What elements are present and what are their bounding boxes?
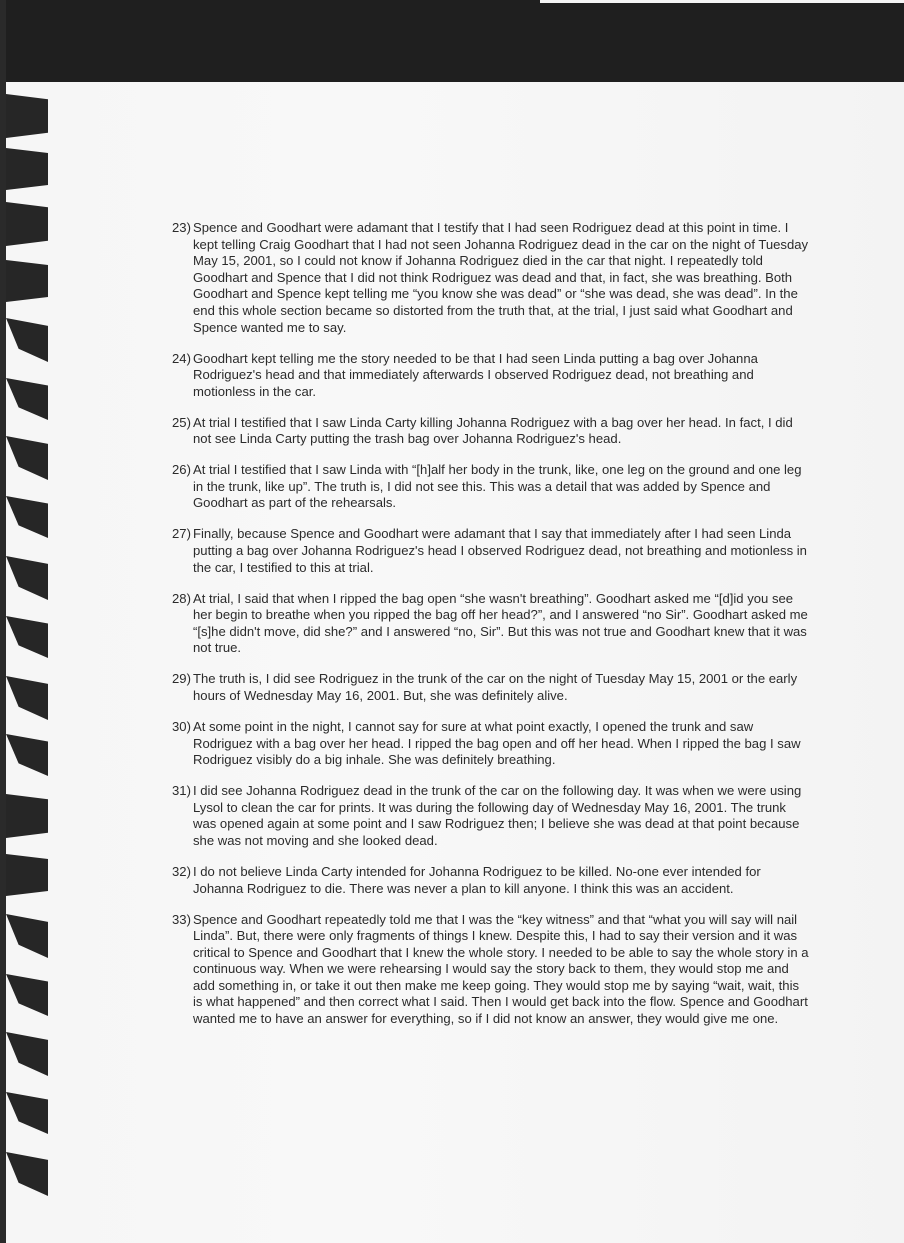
paragraph-text: I do not believe Linda Carty intended fo… (193, 864, 761, 896)
paragraph-text: At trial, I said that when I ripped the … (193, 591, 808, 656)
numbered-paragraph: 31)I did see Johanna Rodriguez dead in t… (172, 783, 812, 849)
paragraph-text: I did see Johanna Rodriguez dead in the … (193, 783, 801, 848)
document-body: 23)Spence and Goodhart were adamant that… (172, 220, 812, 1042)
numbered-paragraph: 32)I do not believe Linda Carty intended… (172, 864, 812, 897)
binding-hole (6, 94, 48, 138)
paragraph-text: Finally, because Spence and Goodhart wer… (193, 526, 807, 574)
numbered-paragraph: 30)At some point in the night, I cannot … (172, 719, 812, 769)
binding-hole (6, 616, 48, 658)
numbered-paragraph: 26)At trial I testified that I saw Linda… (172, 462, 812, 512)
paragraph-number: 27) (172, 526, 191, 543)
paragraph-text: At trial I testified that I saw Linda wi… (193, 462, 802, 510)
paragraph-text: Goodhart kept telling me the story neede… (193, 351, 758, 399)
scanner-edge (540, 0, 904, 3)
paragraph-text: At trial I testified that I saw Linda Ca… (193, 415, 793, 447)
binding-holes (0, 82, 60, 1243)
paragraph-number: 23) (172, 220, 191, 237)
binding-hole (6, 556, 48, 600)
numbered-paragraph: 28)At trial, I said that when I ripped t… (172, 591, 812, 657)
binding-hole (6, 794, 48, 838)
paragraph-number: 32) (172, 864, 191, 881)
paragraph-number: 28) (172, 591, 191, 608)
numbered-paragraph: 33)Spence and Goodhart repeatedly told m… (172, 912, 812, 1028)
binding-hole (6, 914, 48, 958)
binding-hole (6, 854, 48, 896)
binding-hole (6, 148, 48, 190)
paragraph-number: 31) (172, 783, 191, 800)
scanner-shadow-band (0, 0, 904, 84)
binding-hole (6, 202, 48, 246)
paragraph-number: 25) (172, 415, 191, 432)
paragraph-text: The truth is, I did see Rodriguez in the… (193, 671, 797, 703)
numbered-paragraph: 27)Finally, because Spence and Goodhart … (172, 526, 812, 576)
paragraph-text: Spence and Goodhart repeatedly told me t… (193, 912, 809, 1027)
paragraph-number: 29) (172, 671, 191, 688)
binding-hole (6, 378, 48, 420)
binding-hole (6, 436, 48, 480)
paragraph-text: Spence and Goodhart were adamant that I … (193, 220, 808, 335)
numbered-paragraph: 23)Spence and Goodhart were adamant that… (172, 220, 812, 336)
binding-hole (6, 318, 48, 362)
binding-hole (6, 974, 48, 1016)
paragraph-text: At some point in the night, I cannot say… (193, 719, 801, 767)
numbered-paragraph: 29)The truth is, I did see Rodriguez in … (172, 671, 812, 704)
paragraph-number: 30) (172, 719, 191, 736)
binding-hole (6, 734, 48, 776)
paragraph-number: 33) (172, 912, 191, 929)
binding-hole (6, 496, 48, 538)
binding-hole (6, 1032, 48, 1076)
paragraph-number: 26) (172, 462, 191, 479)
numbered-paragraph: 24)Goodhart kept telling me the story ne… (172, 351, 812, 401)
paragraph-number: 24) (172, 351, 191, 368)
binding-hole (6, 676, 48, 720)
numbered-paragraph: 25)At trial I testified that I saw Linda… (172, 415, 812, 448)
binding-hole (6, 1092, 48, 1134)
binding-hole (6, 260, 48, 302)
binding-hole (6, 1152, 48, 1196)
